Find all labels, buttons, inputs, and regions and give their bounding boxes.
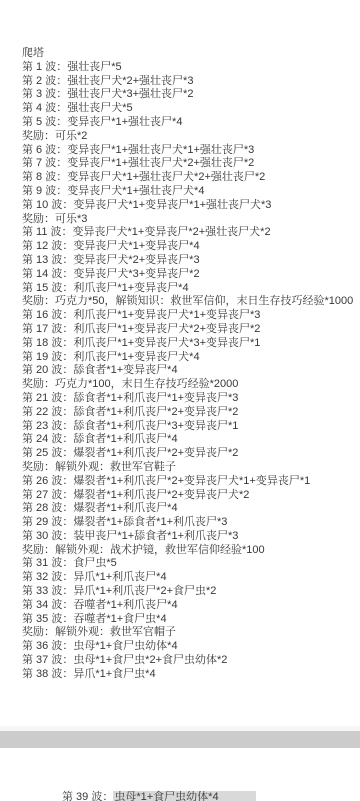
- document-viewer[interactable]: 爬塔 第 1 波：强壮丧尸*5 第 2 波：强壮丧尸犬*2+强壮丧尸*3 第 3…: [0, 0, 360, 801]
- doc-line: 第 33 波：异爪*1+利爪丧尸*2+食尸虫*2: [22, 585, 356, 599]
- doc-line: 第 6 波：变异丧尸*1+强壮丧尸犬*1+强壮丧尸*3: [22, 144, 356, 158]
- doc-line: 第 14 波：变异丧尸犬*3+变异丧尸*2: [22, 268, 356, 282]
- doc-line: 爬塔: [22, 47, 356, 61]
- partial-line-prefix: 第 39 波：: [62, 791, 113, 801]
- doc-line: 第 8 波：变异丧尸犬*1+强壮丧尸犬*2+强壮丧尸*2: [22, 171, 356, 185]
- doc-line: 第 5 波：变异丧尸*1+强壮丧尸*4: [22, 116, 356, 130]
- doc-line: 第 23 波：舔食者*1+利爪丧尸*3+变异丧尸*1: [22, 420, 356, 434]
- doc-line: 第 28 波：爆裂者*1+利爪丧尸*4: [22, 502, 356, 516]
- doc-line: 奖励：巧克力*50，解锁知识：救世军信仰，末日生存技巧经验*1000: [22, 295, 356, 309]
- doc-line: 第 11 波：变异丧尸犬*1+变异丧尸*2+强壮丧尸犬*2: [22, 226, 356, 240]
- doc-line: 奖励：巧克力*100，末日生存技巧经验*2000: [22, 378, 356, 392]
- doc-page-2: 第 39 波：虫母*1+食尸虫幼体*4: [0, 748, 360, 801]
- doc-line: 第 18 波：利爪丧尸*1+变异丧尸犬*3+变异丧尸*1: [22, 337, 356, 351]
- doc-line: 第 19 波：利爪丧尸*1+变异丧尸犬*4: [22, 351, 356, 365]
- doc-line: 第 22 波：舔食者*1+利爪丧尸*2+变异丧尸*2: [22, 406, 356, 420]
- doc-line: 第 27 波：爆裂者*1+利爪丧尸*2+变异丧尸犬*2: [22, 489, 356, 503]
- doc-line: 奖励：解锁外观：救世军官鞋子: [22, 461, 356, 475]
- doc-line: 奖励：可乐*3: [22, 213, 356, 227]
- doc-line: 第 2 波：强壮丧尸犬*2+强壮丧尸*3: [22, 75, 356, 89]
- doc-line: 第 13 波：变异丧尸犬*2+变异丧尸*3: [22, 254, 356, 268]
- doc-line: 第 9 波：变异丧尸犬*1+强壮丧尸犬*4: [22, 185, 356, 199]
- doc-line: 第 12 波：变异丧尸犬*1+变异丧尸*4: [22, 240, 356, 254]
- doc-line: 奖励：解锁外观：战术护镜，救世军信仰经验*100: [22, 544, 356, 558]
- doc-line: 第 15 波：利爪丧尸*1+变异丧尸*4: [22, 282, 356, 296]
- doc-line: 第 7 波：变异丧尸*1+强壮丧尸犬*2+强壮丧尸*2: [22, 157, 356, 171]
- doc-line: 第 35 波：吞噬者*1+食尸虫*4: [22, 613, 356, 627]
- doc-line: 第 36 波：虫母*1+食尸虫幼体*4: [22, 640, 356, 654]
- doc-line: 第 32 波：异爪*1+利爪丧尸*4: [22, 571, 356, 585]
- doc-line: 第 16 波：利爪丧尸*1+变异丧尸犬*1+变异丧尸*3: [22, 309, 356, 323]
- highlighted-text: 虫母*1+食尸虫幼体*4: [113, 791, 256, 801]
- doc-line: 第 21 波：舔食者*1+利爪丧尸*1+变异丧尸*3: [22, 392, 356, 406]
- doc-line: 第 3 波：强壮丧尸犬*3+强壮丧尸*2: [22, 88, 356, 102]
- page-separator: [0, 731, 360, 748]
- doc-line: 第 26 波：爆裂者*1+利爪丧尸*2+变异丧尸犬*1+变异丧尸*1: [22, 475, 356, 489]
- doc-page-1: 爬塔 第 1 波：强壮丧尸*5 第 2 波：强壮丧尸犬*2+强壮丧尸*3 第 3…: [0, 0, 360, 726]
- doc-line: 第 38 波：异爪*1+食尸虫*4: [22, 668, 356, 682]
- doc-line: 第 24 波：舔食者*1+利爪丧尸*4: [22, 433, 356, 447]
- doc-line: 第 37 波：虫母*1+食尸虫*2+食尸虫幼体*2: [22, 654, 356, 668]
- doc-line: 第 17 波：利爪丧尸*1+变异丧尸犬*2+变异丧尸*2: [22, 323, 356, 337]
- doc-line: 第 10 波：变异丧尸犬*1+变异丧尸*1+强壮丧尸犬*3: [22, 199, 356, 213]
- doc-line: 第 4 波：强壮丧尸犬*5: [22, 102, 356, 116]
- doc-line: 第 34 波：吞噬者*1+利爪丧尸*4: [22, 599, 356, 613]
- doc-line: 第 31 波：食尸虫*5: [22, 557, 356, 571]
- doc-line: 第 20 波：舔食者*1+变异丧尸*4: [22, 364, 356, 378]
- wave-list: 爬塔 第 1 波：强壮丧尸*5 第 2 波：强壮丧尸犬*2+强壮丧尸*3 第 3…: [22, 47, 356, 682]
- doc-line: 奖励：解锁外观：救世军官帽子: [22, 626, 356, 640]
- doc-line: 第 30 波：装甲丧尸*1+舔食者*1+利爪丧尸*3: [22, 530, 356, 544]
- doc-line-partial: 第 39 波：虫母*1+食尸虫幼体*4: [62, 791, 256, 801]
- doc-line: 奖励：可乐*2: [22, 130, 356, 144]
- doc-line: 第 29 波：爆裂者*1+舔食者*1+利爪丧尸*3: [22, 516, 356, 530]
- doc-line: 第 1 波：强壮丧尸*5: [22, 61, 356, 75]
- doc-line: 第 25 波：爆裂者*1+利爪丧尸*2+变异丧尸*2: [22, 447, 356, 461]
